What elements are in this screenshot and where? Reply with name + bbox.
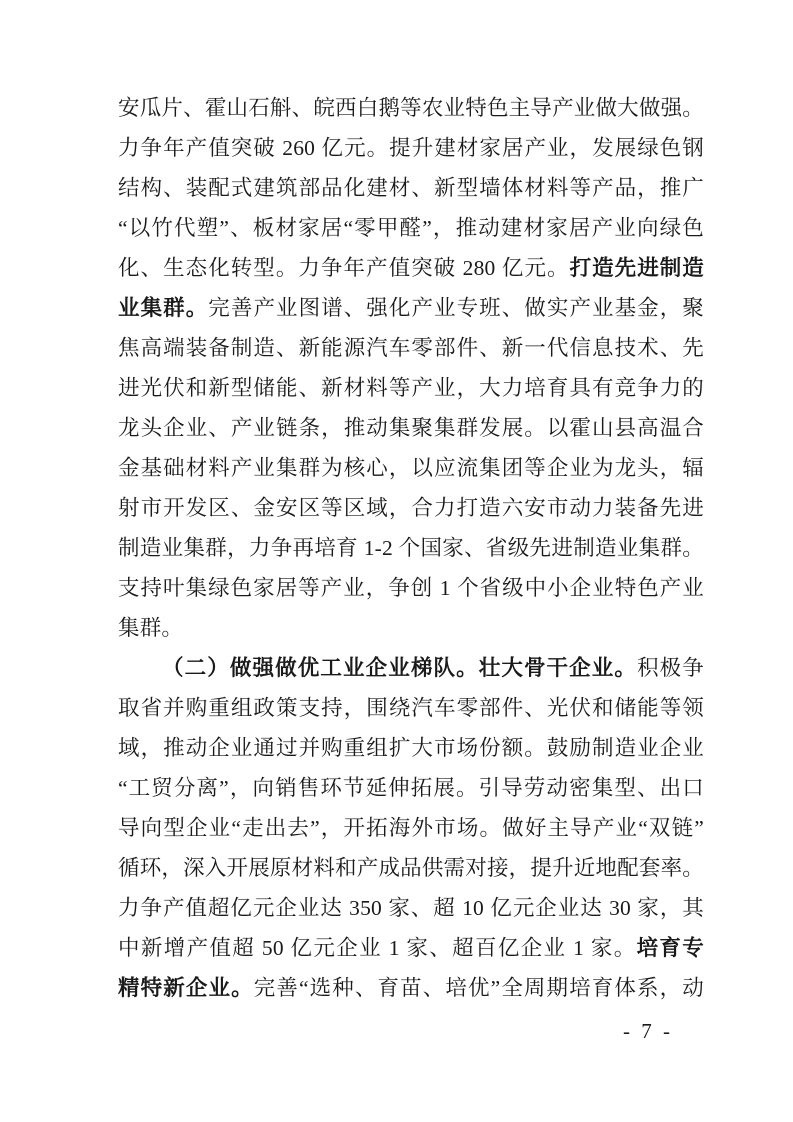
text-line: 精特新企业。完善“选种、育苗、培优”全周期培育体系，动 (118, 968, 704, 1008)
text-segment: 化、生态化转型。力争年产值突破 280 亿元。 (118, 256, 570, 280)
text-segment: “以竹代塑”、板材家居“零甲醛”，推动建材家居产业向绿色 (118, 216, 704, 240)
text-segment: 域，推动企业通过并购重组扩大市场份额。鼓励制造业企业 (118, 736, 704, 760)
text-segment: “工贸分离”，向销售环节延伸拓展。引导劳动密集型、出口 (118, 776, 704, 800)
text-segment: 取省并购重组政策支持，围绕汽车零部件、光伏和储能等领 (118, 696, 704, 720)
text-line: 中新增产值超 50 亿元企业 1 家、超百亿企业 1 家。培育专 (118, 928, 704, 968)
text-line: “以竹代塑”、板材家居“零甲醛”，推动建材家居产业向绿色 (118, 208, 704, 248)
text-line: “工贸分离”，向销售环节延伸拓展。引导劳动密集型、出口 (118, 768, 704, 808)
text-segment: 进光伏和新型储能、新材料等产业，大力培育具有竞争力的 (118, 376, 704, 400)
text-line: 集群。 (118, 608, 704, 648)
text-segment: 制造业集群，力争再培育 1-2 个国家、省级先进制造业集群。 (118, 536, 704, 560)
text-segment: 龙头企业、产业链条，推动集聚集群发展。以霍山县高温合 (118, 416, 704, 440)
text-lines: 安瓜片、霍山石斛、皖西白鹅等农业特色主导产业做大做强。力争年产值突破 260 亿… (118, 88, 704, 1008)
text-line: 力争年产值突破 260 亿元。提升建材家居产业，发展绿色钢 (118, 128, 704, 168)
text-line: 进光伏和新型储能、新材料等产业，大力培育具有竞争力的 (118, 368, 704, 408)
text-segment: 安瓜片、霍山石斛、皖西白鹅等农业特色主导产业做大做强。 (118, 96, 704, 120)
text-segment: 积极争 (637, 656, 704, 680)
text-line: 结构、装配式建筑部品化建材、新型墙体材料等产品，推广 (118, 168, 704, 208)
text-segment: 中新增产值超 50 亿元企业 1 家、超百亿企业 1 家。 (118, 936, 637, 960)
text-line: 焦高端装备制造、新能源汽车零部件、新一代信息技术、先 (118, 328, 704, 368)
text-line: 龙头企业、产业链条，推动集聚集群发展。以霍山县高温合 (118, 408, 704, 448)
bold-text-segment: 打造先进制造 (570, 256, 704, 280)
document-page: 安瓜片、霍山石斛、皖西白鹅等农业特色主导产业做大做强。力争年产值突破 260 亿… (0, 0, 793, 1122)
text-line: 业集群。完善产业图谱、强化产业专班、做实产业基金，聚 (118, 288, 704, 328)
text-line: 域，推动企业通过并购重组扩大市场份额。鼓励制造业企业 (118, 728, 704, 768)
text-segment: 集群。 (118, 616, 183, 640)
text-segment: 循环，深入开展原材料和产成品供需对接，提升近地配套率。 (118, 856, 704, 880)
text-line: 化、生态化转型。力争年产值突破 280 亿元。打造先进制造 (118, 248, 704, 288)
text-segment: 导向型企业“走出去”，开拓海外市场。做好主导产业“双链” (118, 816, 704, 840)
text-line: 导向型企业“走出去”，开拓海外市场。做好主导产业“双链” (118, 808, 704, 848)
text-segment: 焦高端装备制造、新能源汽车零部件、新一代信息技术、先 (118, 336, 704, 360)
text-line: 金基础材料产业集群为核心，以应流集团等企业为龙头，辐 (118, 448, 704, 488)
text-segment: 支持叶集绿色家居等产业，争创 1 个省级中小企业特色产业 (118, 576, 704, 600)
bold-text-segment: 培育专 (637, 936, 704, 960)
text-line: （二）做强做优工业企业梯队。壮大骨干企业。积极争 (118, 648, 704, 688)
bold-text-segment: （二）做强做优工业企业梯队。壮大骨干企业。 (162, 656, 637, 680)
bold-text-segment: 精特新企业。 (118, 976, 254, 1000)
text-segment: 结构、装配式建筑部品化建材、新型墙体材料等产品，推广 (118, 176, 704, 200)
text-line: 制造业集群，力争再培育 1-2 个国家、省级先进制造业集群。 (118, 528, 704, 568)
page-number: - 7 - (623, 1018, 673, 1044)
text-segment: 射市开发区、金安区等区域，合力打造六安市动力装备先进 (118, 496, 704, 520)
text-line: 支持叶集绿色家居等产业，争创 1 个省级中小企业特色产业 (118, 568, 704, 608)
text-line: 安瓜片、霍山石斛、皖西白鹅等农业特色主导产业做大做强。 (118, 88, 704, 128)
bold-text-segment: 业集群。 (118, 296, 208, 320)
text-line: 射市开发区、金安区等区域，合力打造六安市动力装备先进 (118, 488, 704, 528)
text-line: 循环，深入开展原材料和产成品供需对接，提升近地配套率。 (118, 848, 704, 888)
text-segment: 金基础材料产业集群为核心，以应流集团等企业为龙头，辐 (118, 456, 704, 480)
text-line: 力争产值超亿元企业达 350 家、超 10 亿元企业达 30 家，其 (118, 888, 704, 928)
text-segment: 力争产值超亿元企业达 350 家、超 10 亿元企业达 30 家，其 (118, 896, 704, 920)
text-segment: 完善“选种、育苗、培优”全周期培育体系，动 (254, 976, 704, 1000)
text-line: 取省并购重组政策支持，围绕汽车零部件、光伏和储能等领 (118, 688, 704, 728)
text-segment: 完善产业图谱、强化产业专班、做实产业基金，聚 (208, 296, 704, 320)
text-segment: 力争年产值突破 260 亿元。提升建材家居产业，发展绿色钢 (118, 136, 704, 160)
